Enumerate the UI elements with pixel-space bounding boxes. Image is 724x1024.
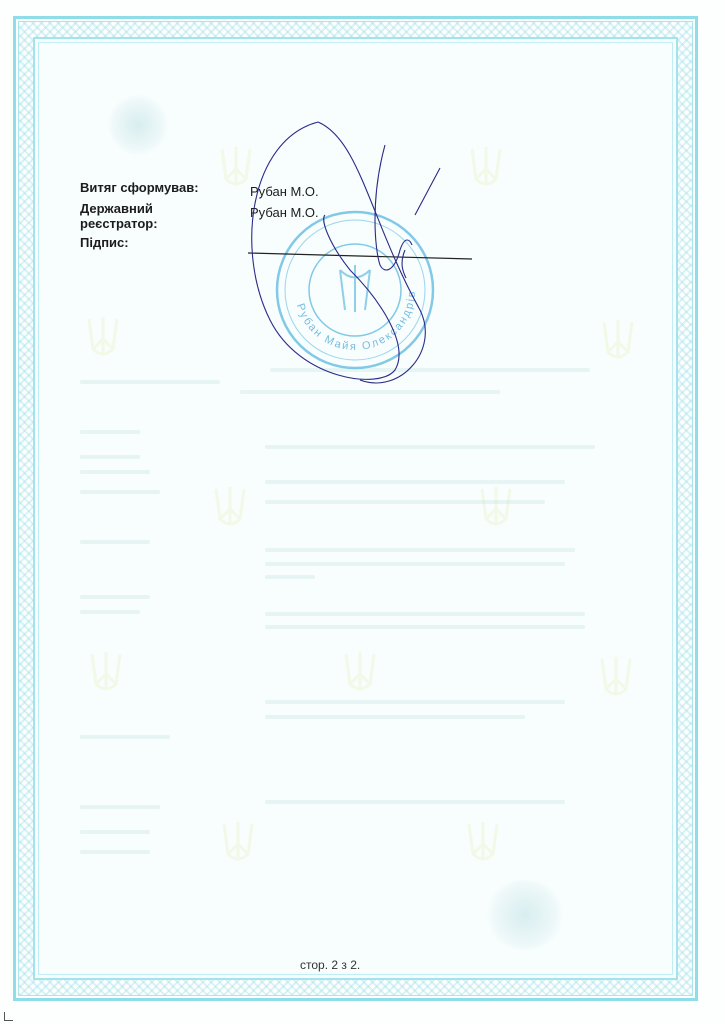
scan-corner-mark [4, 1012, 13, 1021]
stamp-and-signature: Рубан Майя Олександрівна [0, 0, 724, 1024]
page-number: стор. 2 з 2. [300, 958, 360, 972]
official-stamp: Рубан Майя Олександрівна [0, 0, 433, 368]
signature-line [248, 253, 472, 259]
